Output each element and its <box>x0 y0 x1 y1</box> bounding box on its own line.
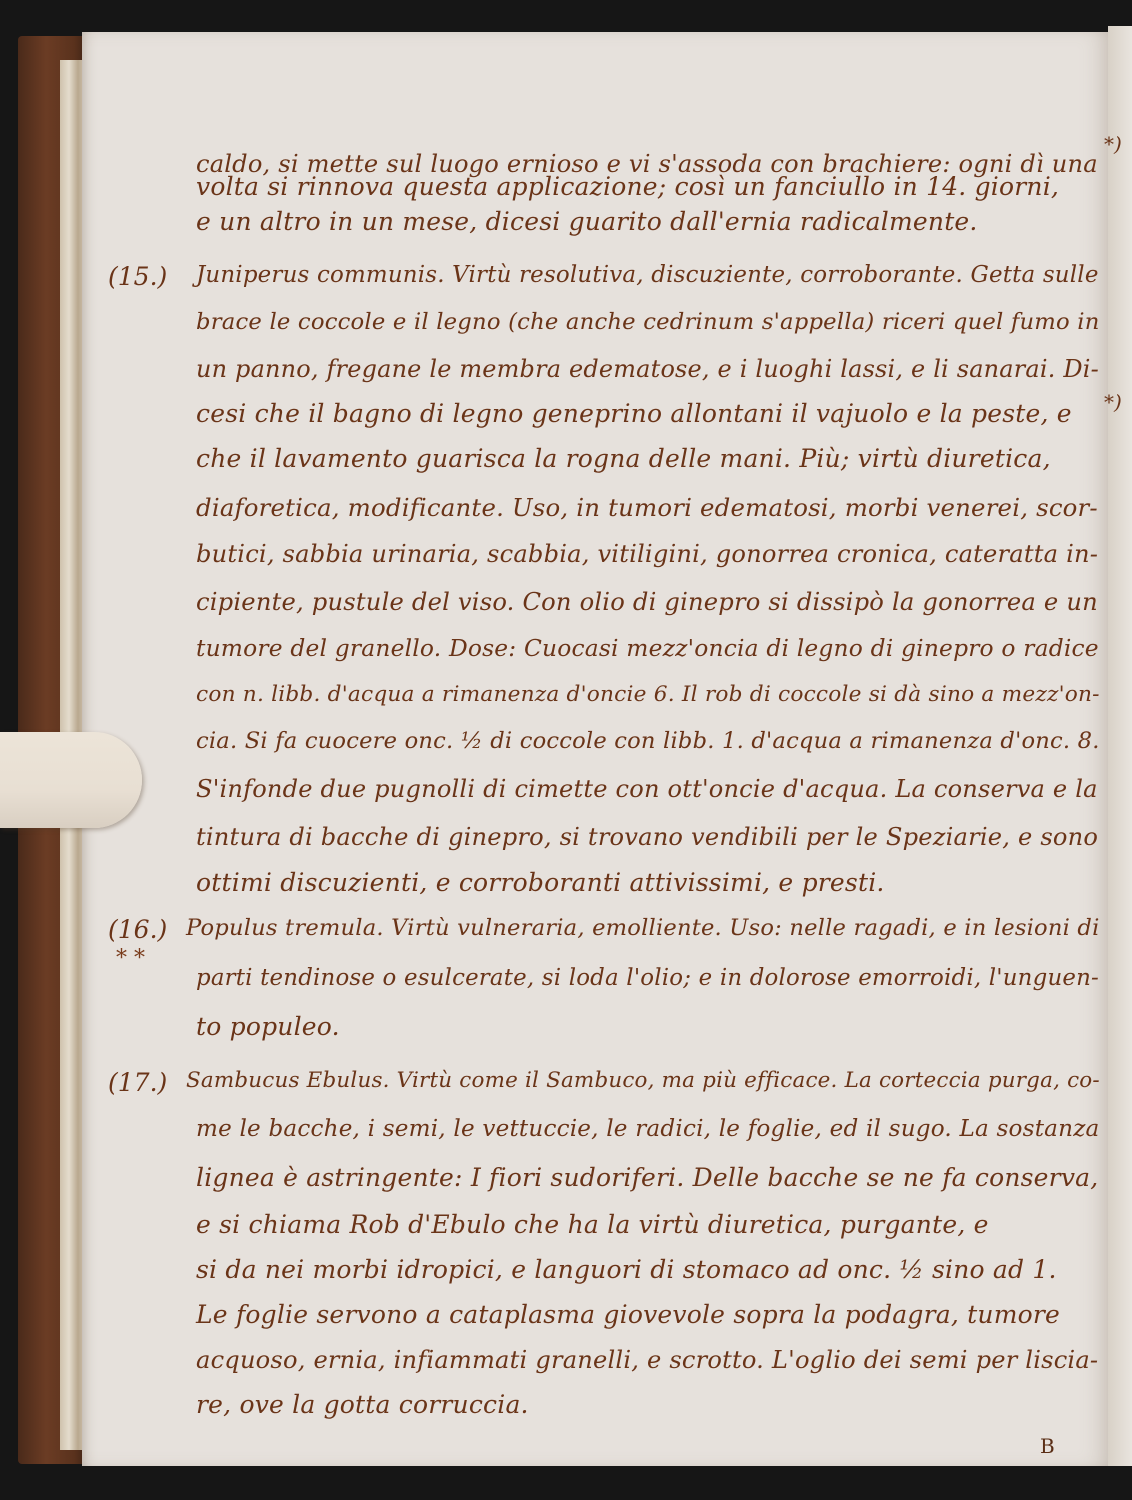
text-line: tintura di bacche di ginepro, si trovano… <box>196 823 1098 851</box>
text-line: S'infonde due pugnolli di cimette con ot… <box>196 775 1098 803</box>
margin-note: *) <box>1104 132 1122 156</box>
entry-number: (15.) <box>108 262 167 291</box>
text-line: e si chiama Rob d'Ebulo che ha la virtù … <box>196 1210 989 1239</box>
text-line: tumore del granello. Dose: Cuocasi mezz'… <box>196 634 1099 662</box>
text-line: Juniperus communis. Virtù resolutiva, di… <box>196 262 1099 288</box>
entry-number: (17.) <box>108 1068 167 1097</box>
margin-note: *) <box>1104 390 1122 414</box>
text-line: ottimi discuzienti, e corroboranti attiv… <box>196 868 885 897</box>
text-line: cesi che il bagno di legno geneprino all… <box>196 399 1072 428</box>
text-line: butici, sabbia urinaria, scabbia, vitili… <box>196 540 1098 568</box>
text-line: e un altro in un mese, dicesi guarito da… <box>196 207 978 236</box>
asterisk-marker: * * <box>116 946 145 971</box>
text-line: cipiente, pustule del viso. Con olio di … <box>196 588 1098 616</box>
facing-page-edge <box>1108 26 1132 1466</box>
text-line: Populus tremula. Virtù vulneraria, emoll… <box>186 915 1100 941</box>
text-line: diaforetica, modificante. Uso, in tumori… <box>196 493 1098 522</box>
text-line: brace le coccole e il legno (che anche c… <box>196 309 1100 335</box>
text-line: con n. libb. d'acqua a rimanenza d'oncie… <box>196 682 1100 707</box>
text-line: parti tendinose o esulcerate, si loda l'… <box>196 965 1099 991</box>
entry-number: (16.) <box>108 915 167 944</box>
text-line: lignea è astringente: I fiori sudoriferi… <box>196 1163 1098 1192</box>
text-line: acquoso, ernia, infiammati granelli, e s… <box>196 1346 1098 1374</box>
text-line: re, ove la gotta corruccia. <box>196 1390 529 1419</box>
signature-mark: B <box>1040 1434 1055 1458</box>
text-line: Sambucus Ebulus. Virtù come il Sambuco, … <box>186 1068 1100 1093</box>
text-line: che il lavamento guarisca la rogna delle… <box>196 444 1051 473</box>
text-line: cia. Si fa cuocere onc. ½ di coccole con… <box>196 728 1100 754</box>
text-line: si da nei morbi idropici, e languori di … <box>196 1255 1057 1284</box>
text-line: un panno, fregane le membra edematose, e… <box>196 355 1099 383</box>
text-line: volta si rinnova questa applicazione; co… <box>196 172 1059 201</box>
text-line: me le bacche, i semi, le vettuccie, le r… <box>196 1116 1100 1142</box>
page-holder-tab <box>0 732 142 828</box>
text-line: to populeo. <box>196 1012 340 1041</box>
text-line: Le foglie servono a cataplasma giovevole… <box>196 1300 1060 1329</box>
